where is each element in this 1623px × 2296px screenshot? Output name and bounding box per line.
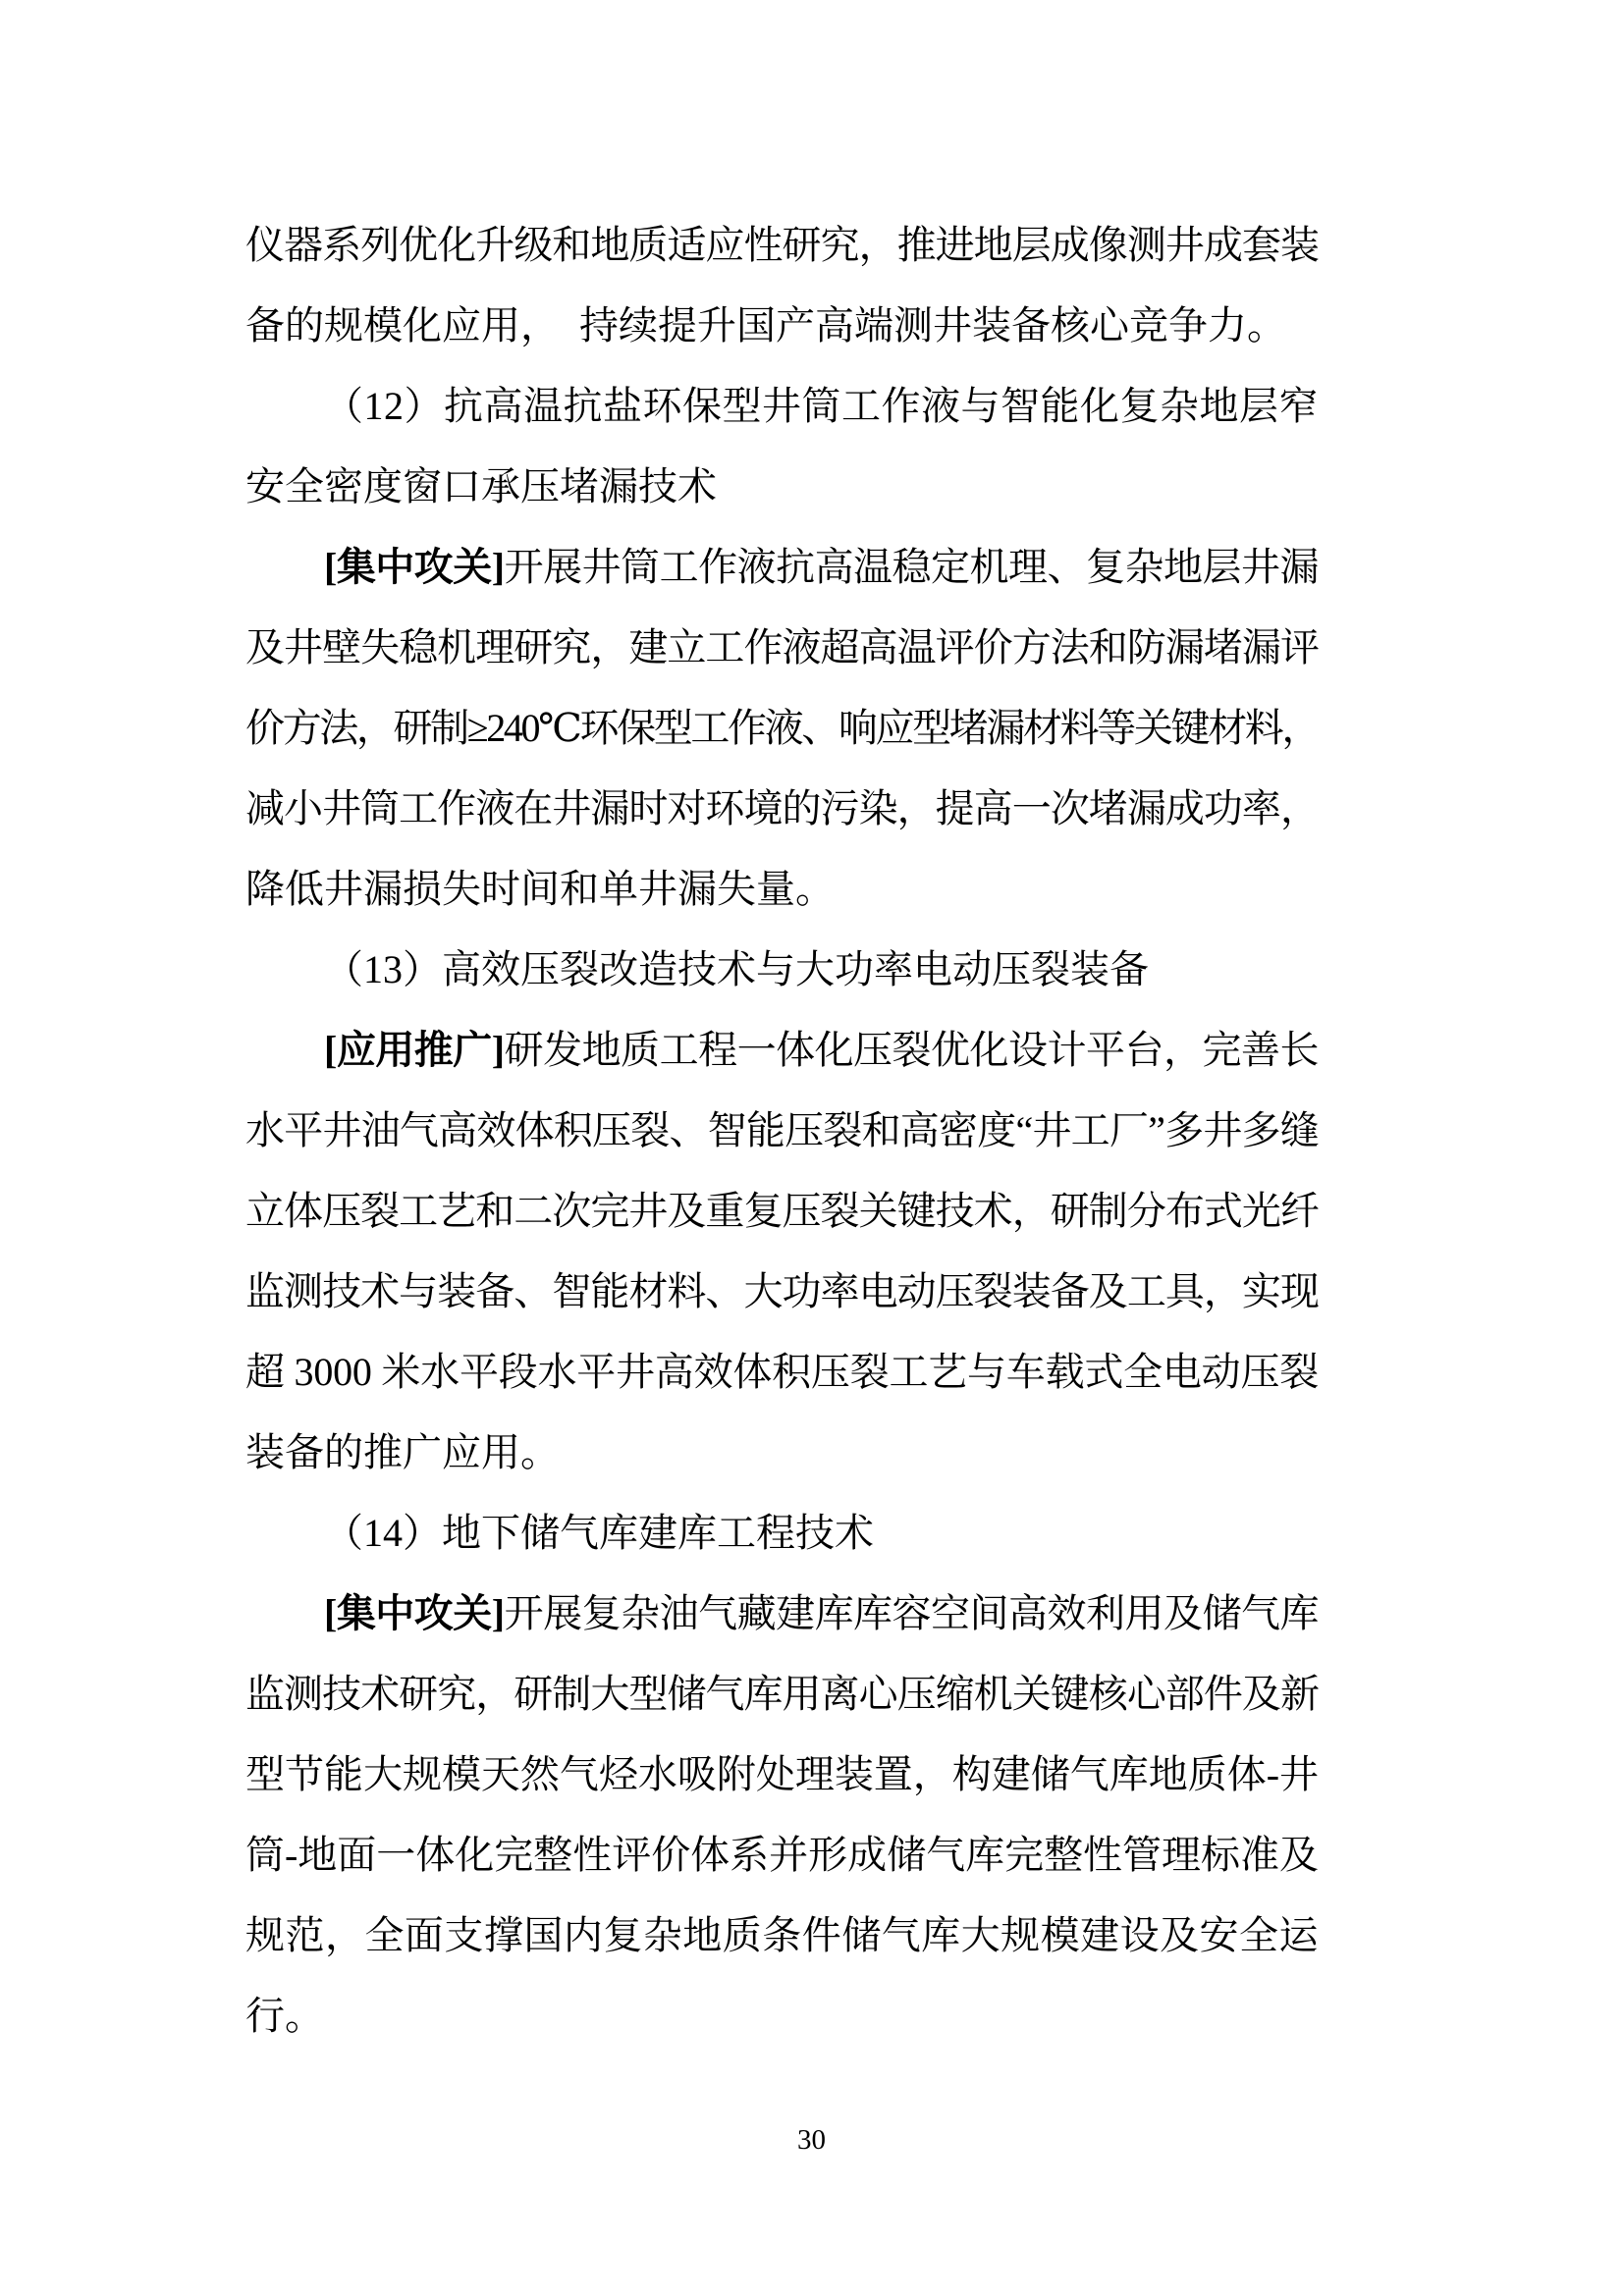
text-segment: 监测技术与装备、智能材料、大功率电动压裂装备及工具，实现 (245, 1269, 1319, 1313)
text-segment: 规范，全面支撑国内复杂地质条件储气库大规模建设及安全运 (245, 1913, 1319, 1957)
text-segment: 监测技术研究，研制大型储气库用离心压缩机关键核心部件及新 (245, 1672, 1319, 1716)
text-segment: 降低井漏损失时间和单井漏失量。 (245, 867, 835, 911)
line-text: [应用推广]研发地质工程一体化压裂优化设计平台，完善长 (324, 1010, 1319, 1091)
line-text: [集中攻关]开展井筒工作液抗高温稳定机理、复杂地层井漏 (324, 527, 1319, 608)
text-segment: 水平井油气高效体积压裂、智能压裂和高密度“井工厂”多井多缝 (245, 1108, 1319, 1152)
text-line: 备的规模化应用， 持续提升国产高端测井装备核心竞争力。 (245, 286, 1319, 366)
text-line: 行。 (245, 1976, 1319, 2056)
text-line: 规范，全面支撑国内复杂地质条件储气库大规模建设及安全运 (245, 1896, 1319, 1976)
text-segment: 备的规模化应用， 持续提升国产高端测井装备核心竞争力。 (245, 303, 1286, 347)
text-segment: 立体压裂工艺和二次完井及重复压裂关键技术，研制分布式光纤 (245, 1189, 1319, 1233)
heading-line: （14）地下储气库建库工程技术 (245, 1493, 1319, 1574)
line-text: 筒-地面一体化完整性评价体系并形成储气库完整性管理标准及 (245, 1815, 1319, 1896)
text-line: 水平井油气高效体积压裂、智能压裂和高密度“井工厂”多井多缝 (245, 1091, 1319, 1171)
heading-line: （13）高效压裂改造技术与大功率电动压裂装备 (245, 930, 1319, 1010)
line-text: [集中攻关]开展复杂油气藏建库库容空间高效利用及储气库 (324, 1574, 1319, 1654)
text-line: 筒-地面一体化完整性评价体系并形成储气库完整性管理标准及 (245, 1815, 1319, 1896)
line-text: 立体压裂工艺和二次完井及重复压裂关键技术，研制分布式光纤 (245, 1171, 1319, 1252)
text-line: 减小井筒工作液在井漏时对环境的污染，提高一次堵漏成功率， (245, 769, 1319, 849)
text-segment: 开展井筒工作液抗高温稳定机理、复杂地层井漏 (505, 545, 1319, 589)
line-text: （14）地下储气库建库工程技术 (324, 1493, 874, 1574)
text-line: 监测技术与装备、智能材料、大功率电动压裂装备及工具，实现 (245, 1252, 1319, 1332)
text-line: 装备的推广应用。 (245, 1413, 1319, 1493)
task-type-label: [集中攻关] (324, 1591, 505, 1635)
text-line: [应用推广]研发地质工程一体化压裂优化设计平台，完善长 (245, 1010, 1319, 1091)
text-line: 监测技术研究，研制大型储气库用离心压缩机关键核心部件及新 (245, 1654, 1319, 1735)
task-type-label: [集中攻关] (324, 545, 505, 589)
line-text: 减小井筒工作液在井漏时对环境的污染，提高一次堵漏成功率， (245, 769, 1319, 849)
page-number: 30 (0, 2123, 1623, 2157)
text-segment: 减小井筒工作液在井漏时对环境的污染，提高一次堵漏成功率， (245, 786, 1319, 830)
line-text: 水平井油气高效体积压裂、智能压裂和高密度“井工厂”多井多缝 (245, 1091, 1319, 1171)
line-text: 行。 (245, 1976, 324, 2056)
line-text: 监测技术与装备、智能材料、大功率电动压裂装备及工具，实现 (245, 1252, 1319, 1332)
text-segment: 超 3000 米水平段水平井高效体积压裂工艺与车载式全电动压裂 (245, 1350, 1319, 1394)
text-segment: （14）地下储气库建库工程技术 (324, 1511, 874, 1555)
task-type-label: [应用推广] (324, 1028, 505, 1072)
line-text: 安全密度窗口承压堵漏技术 (245, 447, 717, 527)
text-line: 立体压裂工艺和二次完井及重复压裂关键技术，研制分布式光纤 (245, 1171, 1319, 1252)
line-text: （13）高效压裂改造技术与大功率电动压裂装备 (324, 930, 1149, 1010)
text-line: 及井壁失稳机理研究，建立工作液超高温评价方法和防漏堵漏评 (245, 608, 1319, 688)
line-text: 装备的推广应用。 (245, 1413, 560, 1493)
line-text: 备的规模化应用， 持续提升国产高端测井装备核心竞争力。 (245, 286, 1286, 366)
text-line: 仪器系列优化升级和地质适应性研究，推进地层成像测井成套装 (245, 205, 1319, 286)
text-segment: （12）抗高温抗盐环保型井筒工作液与智能化复杂地层窄 (324, 384, 1319, 428)
line-text: 仪器系列优化升级和地质适应性研究，推进地层成像测井成套装 (245, 205, 1319, 286)
text-segment: 筒-地面一体化完整性评价体系并形成储气库完整性管理标准及 (245, 1833, 1319, 1877)
line-text: 超 3000 米水平段水平井高效体积压裂工艺与车载式全电动压裂 (245, 1332, 1319, 1413)
document-body: 仪器系列优化升级和地质适应性研究，推进地层成像测井成套装备的规模化应用， 持续提… (245, 205, 1319, 2056)
text-line: 型节能大规模天然气烃水吸附处理装置，构建储气库地质体-井 (245, 1735, 1319, 1815)
line-text: 价方法，研制≥240℃环保型工作液、响应型堵漏材料等关键材料， (245, 688, 1319, 769)
text-line: [集中攻关]开展井筒工作液抗高温稳定机理、复杂地层井漏 (245, 527, 1319, 608)
text-segment: 开展复杂油气藏建库库容空间高效利用及储气库 (505, 1591, 1319, 1635)
text-segment: 装备的推广应用。 (245, 1430, 560, 1474)
line-text: （12）抗高温抗盐环保型井筒工作液与智能化复杂地层窄 (324, 366, 1319, 447)
text-line: 降低井漏损失时间和单井漏失量。 (245, 849, 1319, 930)
text-line: 价方法，研制≥240℃环保型工作液、响应型堵漏材料等关键材料， (245, 688, 1319, 769)
heading-line: （12）抗高温抗盐环保型井筒工作液与智能化复杂地层窄 (245, 366, 1319, 447)
line-text: 型节能大规模天然气烃水吸附处理装置，构建储气库地质体-井 (245, 1735, 1319, 1815)
line-text: 规范，全面支撑国内复杂地质条件储气库大规模建设及安全运 (245, 1896, 1319, 1976)
text-line: 超 3000 米水平段水平井高效体积压裂工艺与车载式全电动压裂 (245, 1332, 1319, 1413)
text-segment: 型节能大规模天然气烃水吸附处理装置，构建储气库地质体-井 (245, 1752, 1319, 1796)
text-segment: 研发地质工程一体化压裂优化设计平台，完善长 (505, 1028, 1319, 1072)
line-text: 降低井漏损失时间和单井漏失量。 (245, 849, 835, 930)
text-segment: 行。 (245, 1994, 324, 2038)
heading-line: 安全密度窗口承压堵漏技术 (245, 447, 1319, 527)
text-line: [集中攻关]开展复杂油气藏建库库容空间高效利用及储气库 (245, 1574, 1319, 1654)
text-segment: 价方法，研制≥240℃环保型工作液、响应型堵漏材料等关键材料， (245, 706, 1319, 750)
line-text: 监测技术研究，研制大型储气库用离心压缩机关键核心部件及新 (245, 1654, 1319, 1735)
text-segment: （13）高效压裂改造技术与大功率电动压裂装备 (324, 947, 1149, 991)
text-segment: 仪器系列优化升级和地质适应性研究，推进地层成像测井成套装 (245, 223, 1319, 267)
document-page: 仪器系列优化升级和地质适应性研究，推进地层成像测井成套装备的规模化应用， 持续提… (0, 0, 1623, 2296)
text-segment: 及井壁失稳机理研究，建立工作液超高温评价方法和防漏堵漏评 (245, 625, 1319, 669)
line-text: 及井壁失稳机理研究，建立工作液超高温评价方法和防漏堵漏评 (245, 608, 1319, 688)
text-segment: 安全密度窗口承压堵漏技术 (245, 464, 717, 508)
